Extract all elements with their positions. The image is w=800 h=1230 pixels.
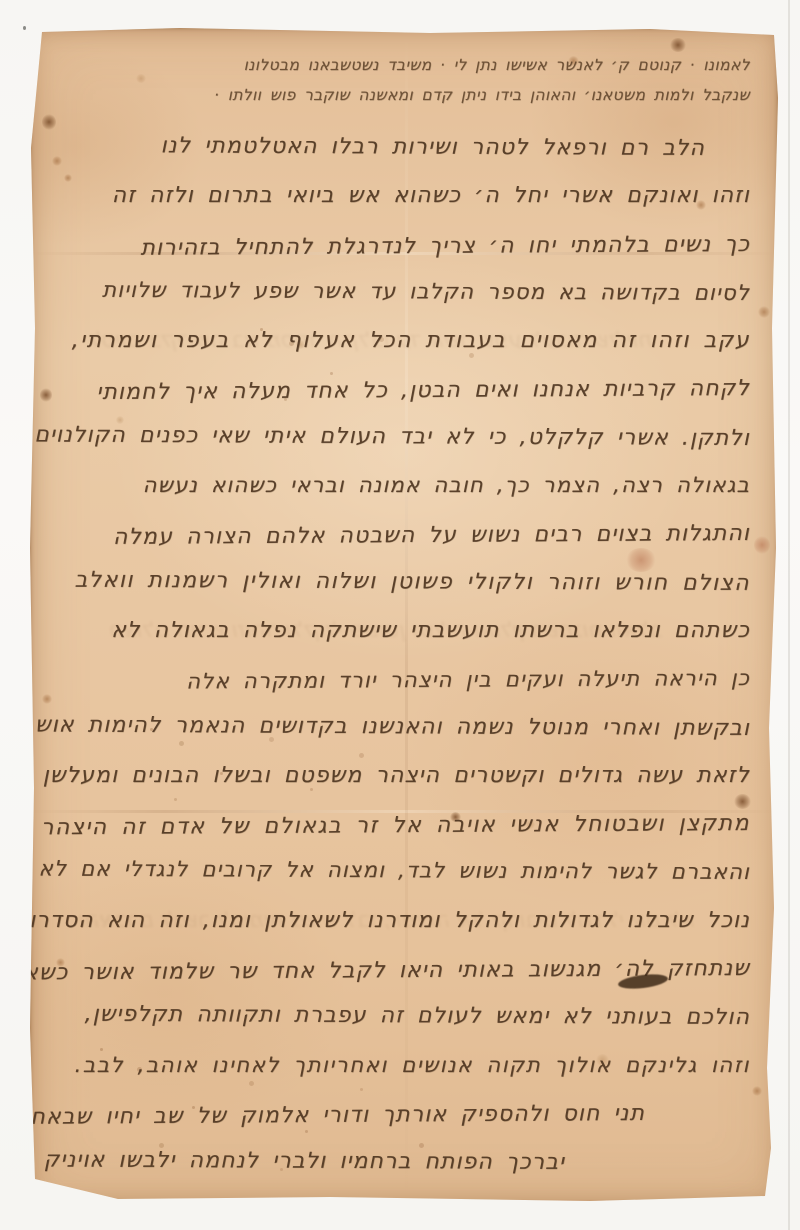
handwritten-line: נוכל שיבלנו לגדולות ולהקל ומודרנו לשאולת… [48,897,750,945]
stain-spot [754,536,770,554]
scan-background: לסיום בקדושה בא מספר הקלבו עד אשר שפע לע… [0,0,800,1230]
handwritten-line: תני חוס ולהספיק אורתך ודורי אלמוק של שב … [48,1090,645,1142]
handwritten-line: לזאת עשה גדולים וקשטרים היצהר משפטם ובשל… [48,752,750,800]
stain-spot [752,1086,762,1096]
handwritten-line: לסיום בקדושה בא מספר הקלבו עד אשר שפע לע… [48,266,750,318]
handwritten-line: הולכם בעותני לא ימאש לעולם זה עפברת ותקו… [48,991,750,1043]
handwriting-block: לאמונו · קנוטם ק׳ לאנשר אשישו נתן לי · מ… [48,42,750,1187]
manuscript-page: לסיום בקדושה בא מספר הקלבו עד אשר שפע לע… [30,28,778,1204]
handwritten-line: הלב רם ורפאל לטהר ושירות רבלו האטלטמתי ל… [48,122,705,174]
handwritten-line: ולתקן. אשרי קלקלט, כי לא יבד העולם איתי … [48,411,750,463]
handwritten-line: הצולם חורש וזוהר ולקולי פשוטן ושלוה ואול… [48,556,750,608]
handwritten-line: לקחה קרביות אנחנו ואים הבטן, כל אחד מעלה… [48,365,750,418]
handwritten-line: בגאולה רצה, הצמר כך, חובה אמונה ובראי כש… [48,462,750,510]
letter-body: הלב רם ורפאל לטהר ושירות רבלו האטלטמתי ל… [48,124,750,1187]
handwritten-line: לאמונו · קנוטם ק׳ לאנשר אשישו נתן לי · מ… [48,50,750,80]
handwritten-line: שנתחזק לה׳ מגנשוב באותי היאו לקבל אחד שר… [48,945,750,998]
handwritten-line: וזהו גלינקם אולוך תקוה אנושים ואחריותך ל… [48,1042,750,1090]
handwritten-line: מתקצן ושבטוחל אנשי אויבה אל זר בגאולם של… [48,800,750,853]
handwritten-line: יברכך הפותח ברחמיו ולברי לנחמה ילבשו אוי… [48,1137,565,1188]
handwritten-line: והתגלות בצוים רבים נשוש על השבטה אלהם הצ… [48,510,750,563]
handwritten-line: ובקשתן ואחרי מנוטל נשמה והאנשנו בקדושים … [48,701,750,753]
handwritten-line: כן היראה תיעלה ועקים בין היצהר יורד ומתק… [48,655,750,708]
handwritten-line: וזהו ואונקם אשרי יחל ה׳ כשהוא אש ביואי ב… [48,172,750,220]
handwritten-line: שנקבל ולמות משטאנו׳ והאוהן בידו ניתן קדם… [48,80,750,110]
handwritten-line: כשתהם ונפלאו ברשתו תועשבתי שישתקה נפלה ב… [48,607,750,655]
handwritten-line: והאברם לגשר להימות נשוש לבד, ומצוה אל קר… [48,846,750,898]
stain-spot [758,306,770,318]
handwritten-line: עקב וזהו זה מאסוים בעבודת הכל אעלוף לא ב… [48,317,750,365]
scanner-speck [23,26,26,30]
handwritten-line: כך נשים בלהמתי יחו ה׳ צריך לנדרגלת להתחי… [48,221,750,274]
